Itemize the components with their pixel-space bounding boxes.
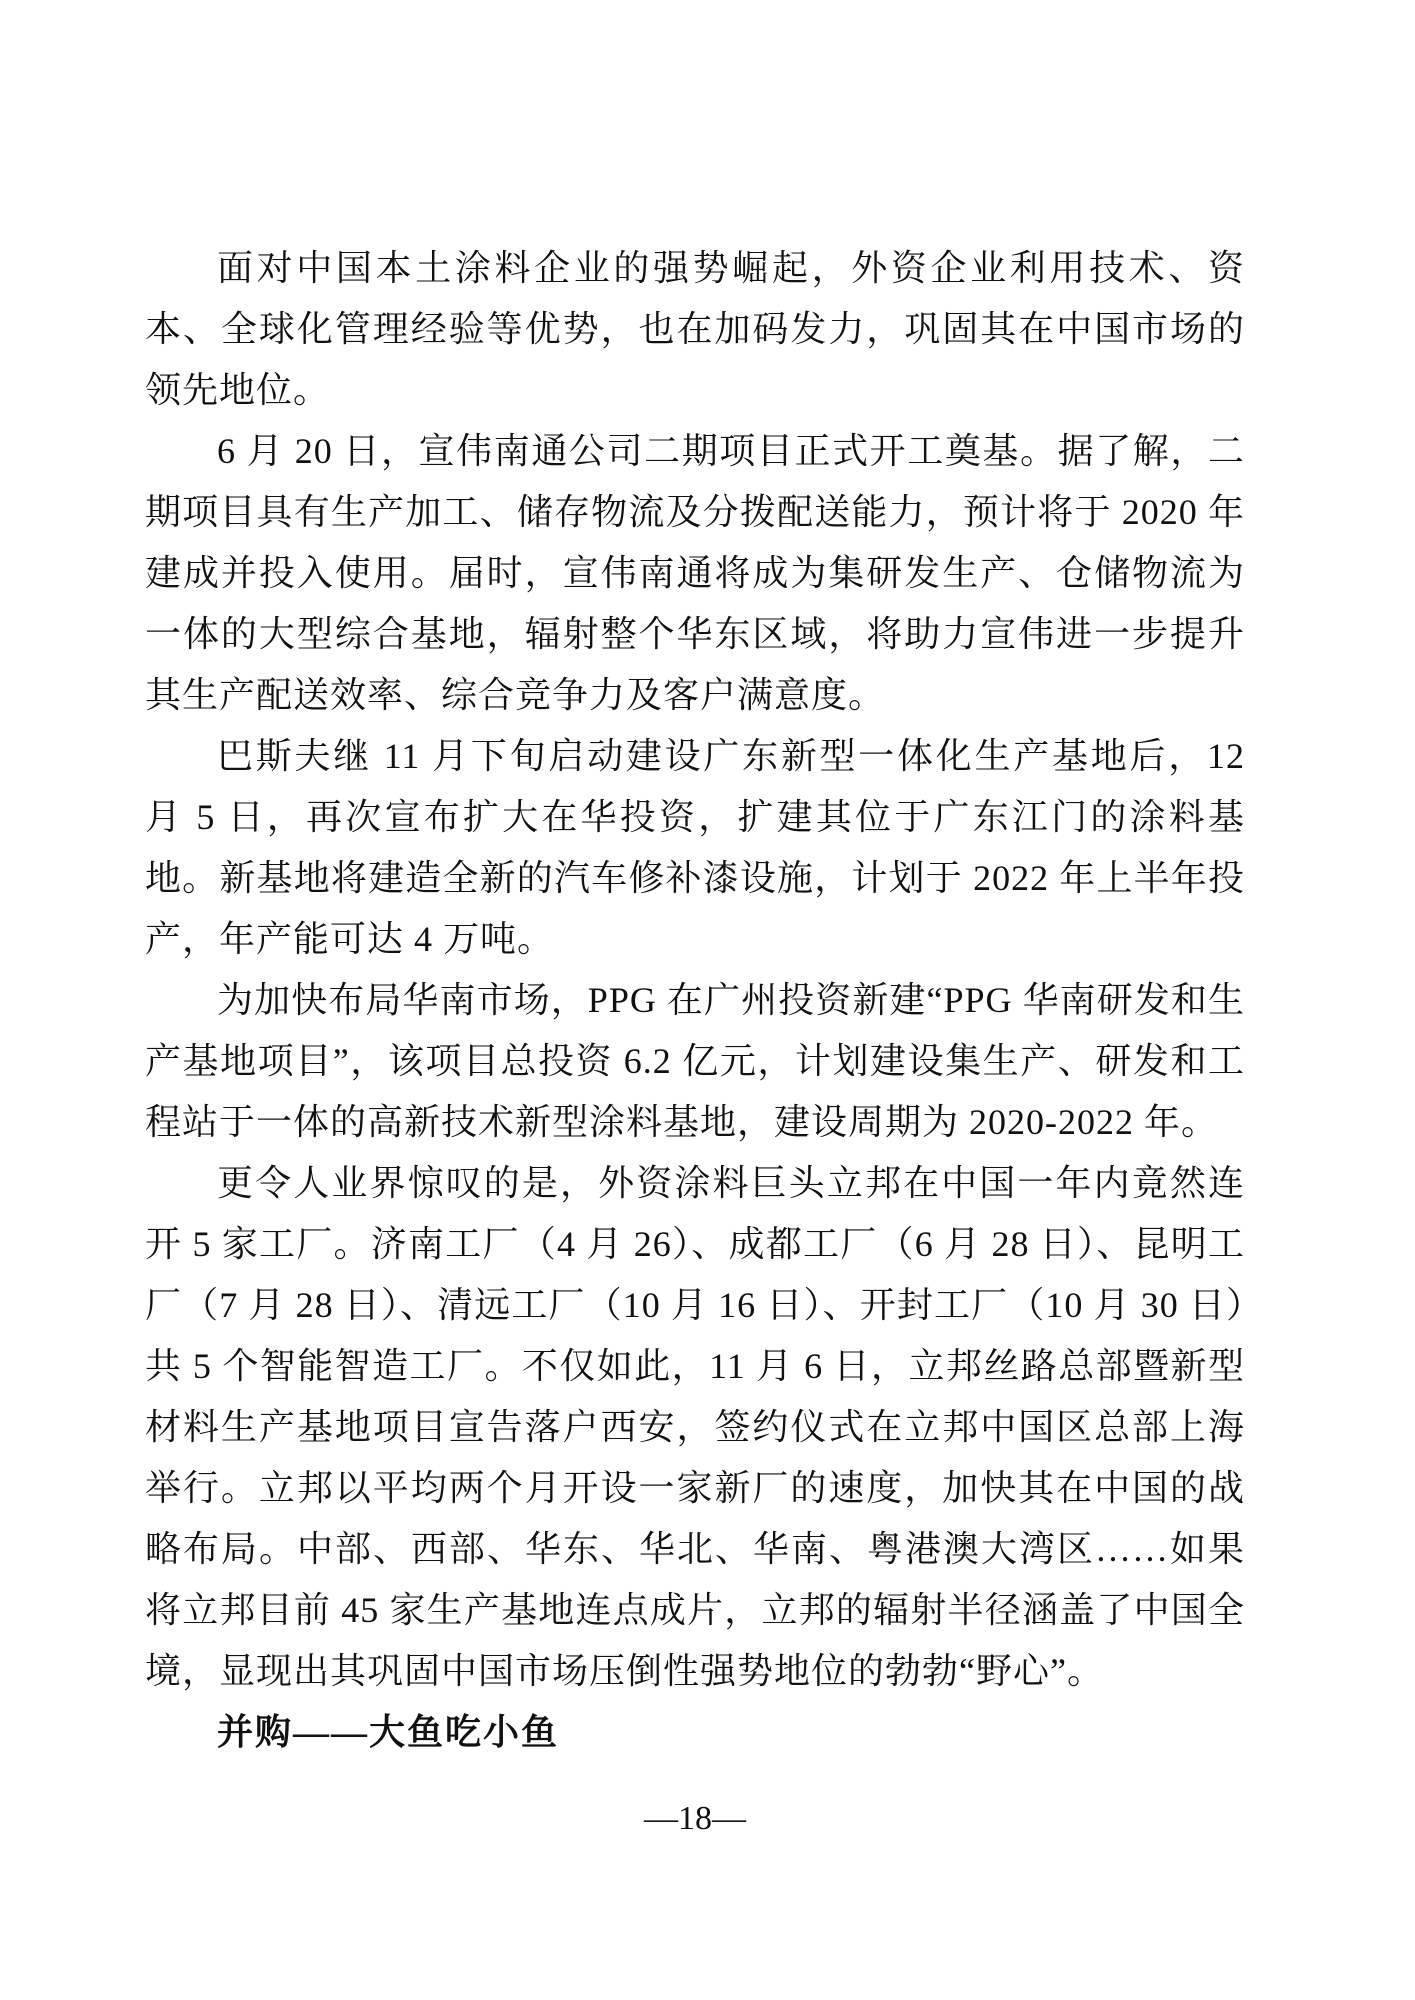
paragraph: 为加快布局华南市场，PPG 在广州投资新建“PPG 华南研发和生产基地项目”，该… [145, 970, 1245, 1153]
page-number: —18— [145, 1800, 1245, 1838]
paragraph: 更令人业界惊叹的是，外资涂料巨头立邦在中国一年内竟然连开 5 家工厂。济南工厂（… [145, 1153, 1245, 1702]
paragraph: 面对中国本土涂料企业的强势崛起，外资企业利用技术、资本、全球化管理经验等优势，也… [145, 238, 1245, 421]
document-body: 面对中国本土涂料企业的强势崛起，外资企业利用技术、资本、全球化管理经验等优势，也… [145, 238, 1245, 1763]
document-page: 面对中国本土涂料企业的强势崛起，外资企业利用技术、资本、全球化管理经验等优势，也… [0, 0, 1415, 2000]
paragraph: 6 月 20 日，宣伟南通公司二期项目正式开工奠基。据了解，二期项目具有生产加工… [145, 421, 1245, 726]
section-heading: 并购——大鱼吃小鱼 [145, 1702, 1245, 1763]
paragraph: 巴斯夫继 11 月下旬启动建设广东新型一体化生产基地后，12 月 5 日，再次宣… [145, 726, 1245, 970]
